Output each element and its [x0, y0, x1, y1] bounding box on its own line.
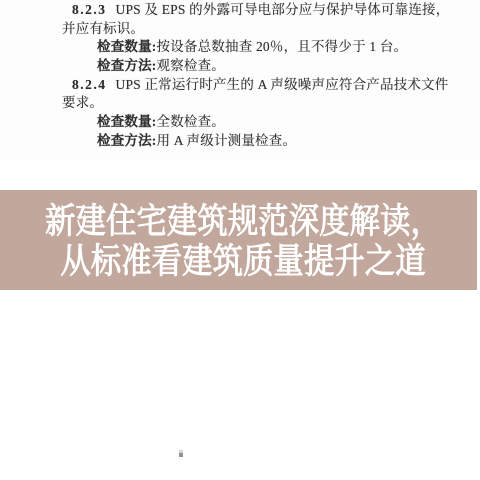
inspection-label: 检查数量:: [97, 114, 157, 129]
inspection-text: 观察检查。: [157, 58, 226, 73]
clause-text: 要求。: [62, 95, 103, 110]
doc-line-inspection-method: 检查方法:用 A 声级计测量检查。: [62, 132, 447, 151]
clause-text: UPS 及 EPS 的外露可导电部分应与保护导体可靠连接，: [116, 2, 450, 17]
doc-line-clause-823: 8.2.3UPS 及 EPS 的外露可导电部分应与保护导体可靠连接，: [62, 1, 447, 20]
doc-line-clause-824: 8.2.4UPS 正常运行时产生的 A 声级噪声应符合产品技术文件: [62, 76, 447, 95]
inspection-label: 检查数量:: [97, 39, 157, 54]
scanned-document: 8.2.3UPS 及 EPS 的外露可导电部分应与保护导体可靠连接， 并应有标识…: [0, 0, 480, 160]
headline-line-1: 新建住宅建筑规范深度解读，: [39, 202, 446, 242]
doc-line-continuation: 并应有标识。: [62, 20, 447, 39]
headline: 新建住宅建筑规范深度解读， 从标准看建筑质量提升之道: [0, 202, 477, 282]
inspection-text: 全数检查。: [157, 114, 226, 129]
clause-number: 8.2.4: [72, 77, 107, 92]
document-text-block: 8.2.3UPS 及 EPS 的外露可导电部分应与保护导体可靠连接， 并应有标识…: [62, 1, 447, 150]
headline-banner: 新建住宅建筑规范深度解读， 从标准看建筑质量提升之道: [0, 190, 477, 290]
doc-line-inspection-method: 检查方法:观察检查。: [62, 57, 447, 76]
inspection-text: 用 A 声级计测量检查。: [157, 133, 297, 148]
headline-line-2: 从标准看建筑质量提升之道: [39, 242, 446, 282]
inspection-label: 检查方法:: [97, 58, 157, 73]
image-artifact-speck: [179, 450, 183, 457]
doc-line-continuation: 要求。: [62, 94, 447, 113]
clause-text: 并应有标识。: [62, 21, 144, 36]
inspection-label: 检查方法:: [97, 133, 157, 148]
clause-number: 8.2.3: [72, 2, 107, 17]
clause-text: UPS 正常运行时产生的 A 声级噪声应符合产品技术文件: [116, 77, 449, 92]
doc-line-inspection-qty: 检查数量:按设备总数抽查 20％，且不得少于 1 台。: [62, 38, 447, 57]
inspection-text: 按设备总数抽查 20％，且不得少于 1 台。: [157, 39, 408, 54]
doc-line-inspection-qty: 检查数量:全数检查。: [62, 113, 447, 132]
